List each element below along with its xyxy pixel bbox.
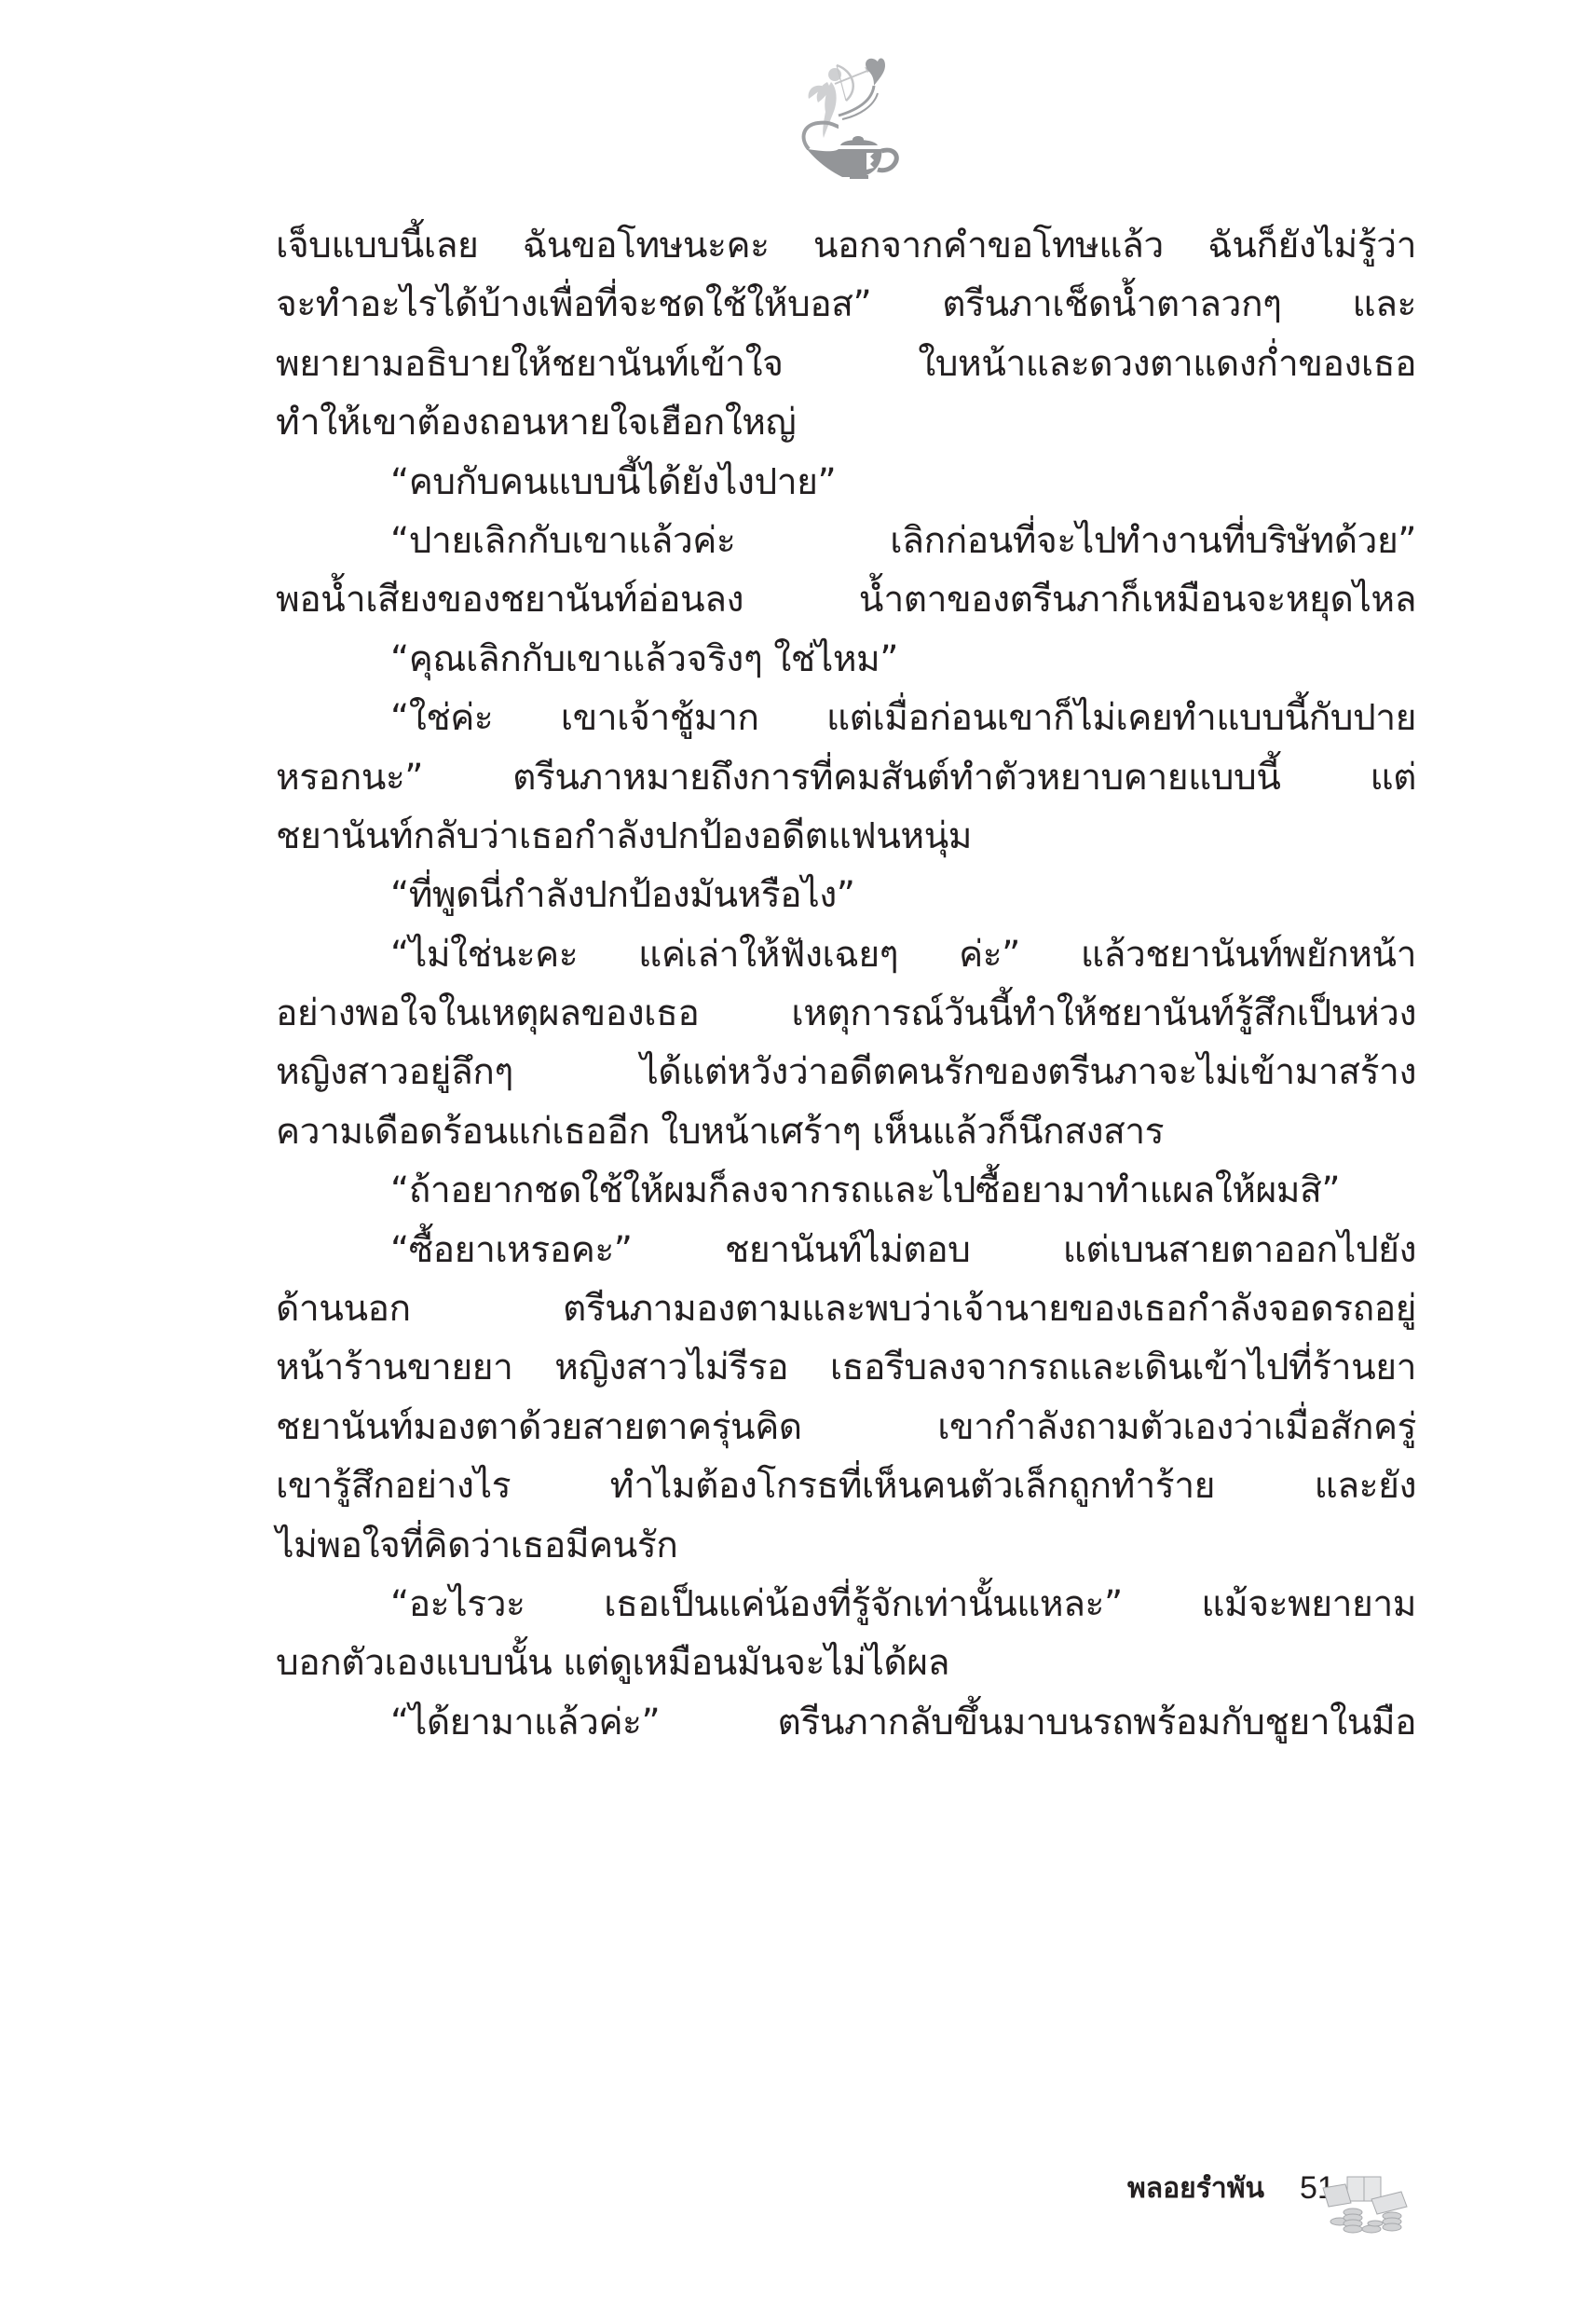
text-line: หน้าร้านขายยา หญิงสาวไม่รีรอ เธอรีบลงจาก…: [276, 1338, 1416, 1397]
text-line: พยายามอธิบายให้ชยานันท์เข้าใจ ใบหน้าและด…: [276, 335, 1416, 393]
text-line: เจ็บแบบนี้เลย ฉันขอโทษนะคะ นอกจากคำขอโทษ…: [276, 216, 1416, 275]
text-line: “ใช่ค่ะ เขาเจ้าชู้มาก แต่เมื่อก่อนเขาก็ไ…: [276, 689, 1416, 747]
text-line: จะทำอะไรได้บ้างเพื่อที่จะชดใช้ให้บอส” ตร…: [276, 275, 1416, 334]
book-title: พลอยรำพัน: [1127, 2167, 1264, 2210]
text-line: หญิงสาวอยู่ลึกๆ ได้แต่หวังว่าอดีตคนรักขอ…: [276, 1043, 1416, 1101]
text-line: “ไม่ใช่นะคะ แค่เล่าให้ฟังเฉยๆ ค่ะ” แล้วช…: [276, 925, 1416, 984]
text-line: “คบกับคนแบบนี้ได้ยังไงปาย”: [276, 453, 1416, 512]
cupid-genie-lamp-icon: [781, 48, 902, 179]
text-line: “คุณเลิกกับเขาแล้วจริงๆ ใช่ไหม”: [276, 630, 1416, 689]
text-line: “ถ้าอยากชดใช้ให้ผมก็ลงจากรถและไปซื้อยามา…: [276, 1161, 1416, 1220]
text-line: พอน้ำเสียงของชยานันท์อ่อนลง น้ำตาของตรีน…: [276, 570, 1416, 629]
text-line: ทำให้เขาต้องถอนหายใจเฮือกใหญ่: [276, 393, 1416, 452]
text-line: “ที่พูดนี่กำลังปกป้องมันหรือไง”: [276, 866, 1416, 924]
text-line: “ได้ยามาแล้วค่ะ” ตรีนภากลับขึ้นมาบนรถพร้…: [276, 1693, 1416, 1752]
body-text: เจ็บแบบนี้เลย ฉันขอโทษนะคะ นอกจากคำขอโทษ…: [276, 216, 1416, 1752]
text-line: “อะไรวะ เธอเป็นแค่น้องที่รู้จักเท่านั้นแ…: [276, 1575, 1416, 1634]
text-line: บอกตัวเองแบบนั้น แต่ดูเหมือนมันจะไม่ได้ผ…: [276, 1634, 1416, 1692]
text-line: อย่างพอใจในเหตุผลของเธอ เหตุการณ์วันนี้ท…: [276, 984, 1416, 1043]
text-line: ชยานันท์มองตาด้วยสายตาครุ่นคิด เขากำลังถ…: [276, 1398, 1416, 1456]
page-footer: พลอยรำพัน 51: [1127, 2165, 1335, 2211]
text-line: ไม่พอใจที่คิดว่าเธอมีคนรัก: [276, 1516, 1416, 1575]
text-line: หรอกนะ” ตรีนภาหมายถึงการที่คมสันต์ทำตัวห…: [276, 748, 1416, 807]
text-line: เขารู้สึกอย่างไร ทำไมต้องโกรธที่เห็นคนตั…: [276, 1456, 1416, 1515]
text-line: ด้านนอก ตรีนภามองตามและพบว่าเจ้านายของเธ…: [276, 1279, 1416, 1338]
text-line: ชยานันท์กลับว่าเธอกำลังปกป้องอดีตแฟนหนุ่…: [276, 807, 1416, 866]
text-line: “ซื้อยาเหรอคะ” ชยานันท์ไม่ตอบ แต่เบนสายต…: [276, 1221, 1416, 1279]
money-pile-icon: [1319, 2175, 1412, 2236]
text-line: ความเดือดร้อนแก่เธออีก ใบหน้าเศร้าๆ เห็น…: [276, 1102, 1416, 1161]
text-line: “ปายเลิกกับเขาแล้วค่ะ เลิกก่อนที่จะไปทำง…: [276, 512, 1416, 570]
